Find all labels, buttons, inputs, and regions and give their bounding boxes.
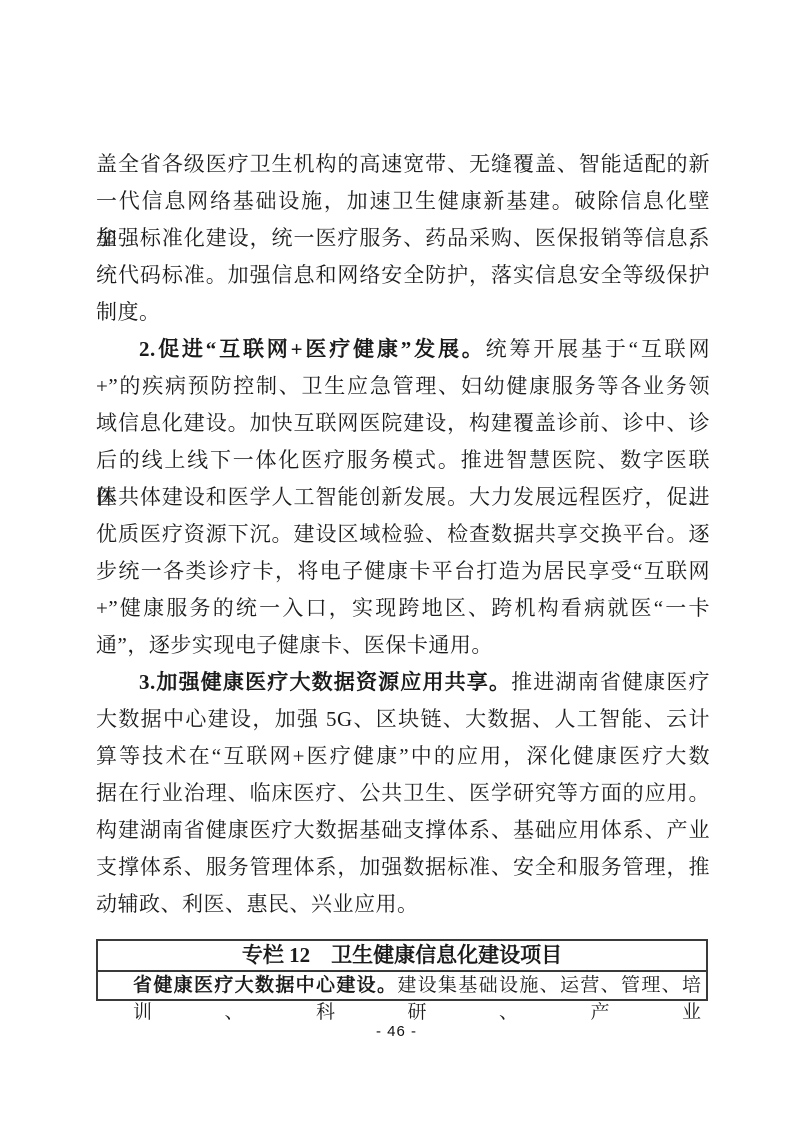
text-line: 域信息化建设。加快互联网医院建设，构建覆盖诊前、诊中、诊 [96,405,710,442]
text-segment: 构建湖南省健康医疗大数据基础支撑体系、基础应用体系、产业 [96,818,710,842]
text-segment: 动辅政、利医、惠民、兴业应用。 [96,892,419,916]
text-segment: 步统一各类诊疗卡，将电子健康卡平台打造为居民享受“互联网 [96,559,710,583]
panel-body: 省健康医疗大数据中心建设。建设集基础设施、运营、管理、培训、科研、产业 [98,972,706,999]
page-number: - 46 - [0,1023,793,1040]
text-line: 动辅政、利医、惠民、兴业应用。 [96,886,710,923]
text-line: 盖全省各级医疗卫生机构的高速宽带、无缝覆盖、智能适配的新 [96,146,710,183]
text-segment: +”的疾病预防控制、卫生应急管理、妇幼健康服务等各业务领 [96,374,710,398]
document-page: 盖全省各级医疗卫生机构的高速宽带、无缝覆盖、智能适配的新一代信息网络基础设施，加… [0,0,793,1122]
text-segment: 大数据中心建设，加强 5G、区块链、大数据、人工智能、云计 [96,707,710,731]
bold-text-segment: 3.加强健康医疗大数据资源应用共享。 [139,670,511,694]
text-segment: 通”，逐步实现电子健康卡、医保卡通用。 [96,633,493,657]
text-line: 步统一各类诊疗卡，将电子健康卡平台打造为居民享受“互联网 [96,553,710,590]
text-segment: 盖全省各级医疗卫生机构的高速宽带、无缝覆盖、智能适配的新 [96,152,710,176]
panel-row: 省健康医疗大数据中心建设。建设集基础设施、运营、管理、培训、科研、产业 [98,972,706,999]
text-segment: 优质医疗资源下沉。建设区域检验、检查数据共享交换平台。逐 [96,522,710,546]
text-line: 2.促进“互联网+医疗健康”发展。统筹开展基于“互联网 [96,331,710,368]
text-line: 算等技术在“互联网+医疗健康”中的应用，深化健康医疗大数 [96,738,710,775]
text-line: 加强标准化建设，统一医疗服务、药品采购、医保报销等信息系 [96,220,710,257]
text-segment: 加强标准化建设，统一医疗服务、药品采购、医保报销等信息系 [96,226,710,250]
panel-title: 专栏 12 卫生健康信息化建设项目 [98,941,706,972]
column-panel: 专栏 12 卫生健康信息化建设项目 省健康医疗大数据中心建设。建设集基础设施、运… [96,939,708,1001]
text-segment: 算等技术在“互联网+医疗健康”中的应用，深化健康医疗大数 [96,744,710,768]
text-segment: 据在行业治理、临床医疗、公共卫生、医学研究等方面的应用。 [96,781,710,805]
text-line: 医共体建设和医学人工智能创新发展。大力发展远程医疗，促进 [96,479,710,516]
bold-text-segment: 省健康医疗大数据中心建设。 [133,975,397,996]
text-line: 构建湖南省健康医疗大数据基础支撑体系、基础应用体系、产业 [96,812,710,849]
text-segment: 统代码标准。加强信息和网络安全防护，落实信息安全等级保护 [96,263,710,287]
text-segment: 统筹开展基于“互联网 [486,337,710,361]
text-segment: 域信息化建设。加快互联网医院建设，构建覆盖诊前、诊中、诊 [96,411,710,435]
text-line: 后的线上线下一体化医疗服务模式。推进智慧医院、数字医联体、 [96,442,710,479]
text-line: 通”，逐步实现电子健康卡、医保卡通用。 [96,627,710,664]
text-line: 3.加强健康医疗大数据资源应用共享。推进湖南省健康医疗 [96,664,710,701]
text-line: 据在行业治理、临床医疗、公共卫生、医学研究等方面的应用。 [96,775,710,812]
text-segment: 支撑体系、服务管理体系，加强数据标准、安全和服务管理，推 [96,855,710,879]
text-line: 支撑体系、服务管理体系，加强数据标准、安全和服务管理，推 [96,849,710,886]
text-segment: 医共体建设和医学人工智能创新发展。大力发展远程医疗，促进 [96,485,710,509]
text-line: 优质医疗资源下沉。建设区域检验、检查数据共享交换平台。逐 [96,516,710,553]
text-line: +”的疾病预防控制、卫生应急管理、妇幼健康服务等各业务领 [96,368,710,405]
bold-text-segment: 2.促进“互联网+医疗健康”发展。 [139,337,486,361]
text-line: 统代码标准。加强信息和网络安全防护，落实信息安全等级保护 [96,257,710,294]
text-line: 一代信息网络基础设施，加速卫生健康新基建。破除信息化壁垒， [96,183,710,220]
text-segment: 推进湖南省健康医疗 [511,670,710,694]
text-line: +”健康服务的统一入口，实现跨地区、跨机构看病就医“一卡 [96,590,710,627]
text-segment: +”健康服务的统一入口，实现跨地区、跨机构看病就医“一卡 [96,596,710,620]
body-text: 盖全省各级医疗卫生机构的高速宽带、无缝覆盖、智能适配的新一代信息网络基础设施，加… [96,146,710,923]
text-line: 制度。 [96,294,710,331]
text-line: 大数据中心建设，加强 5G、区块链、大数据、人工智能、云计 [96,701,710,738]
text-segment: 制度。 [96,300,161,324]
